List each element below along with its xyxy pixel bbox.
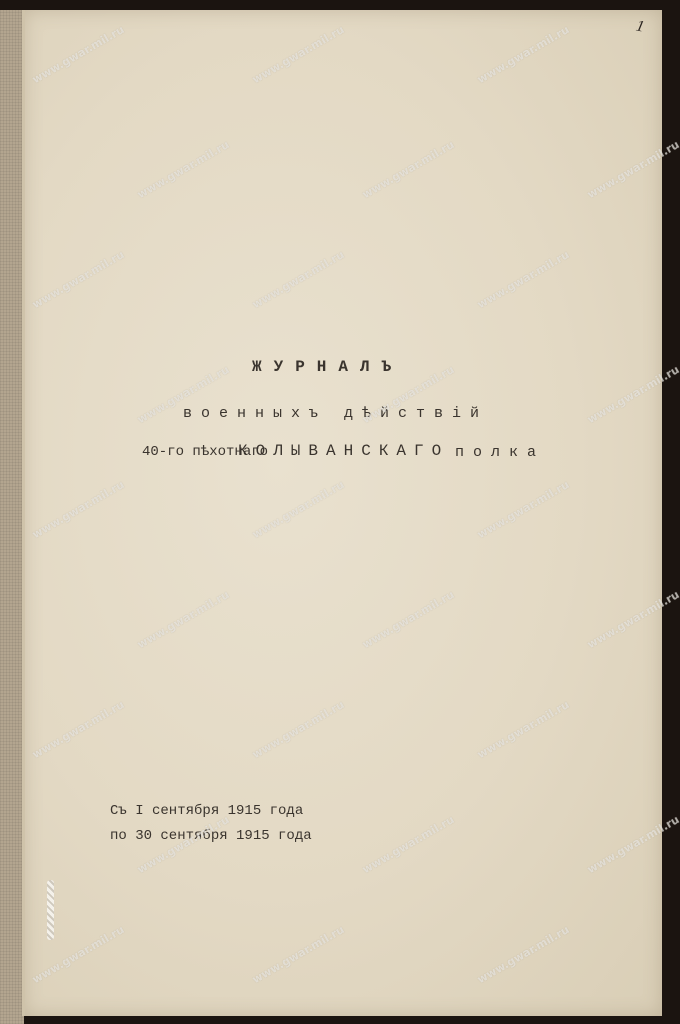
page-edge <box>22 10 25 1016</box>
date-from: Съ I сентября 1915 года <box>110 803 303 819</box>
regiment-word: полка <box>455 444 545 461</box>
regiment-name: КОЛЫВАНСКАГО <box>238 442 449 460</box>
document-page <box>24 10 662 1016</box>
subtitle-word-military: военныхъ <box>183 405 327 422</box>
document-title: ЖУРНАЛЪ <box>252 358 403 376</box>
binding-string <box>47 880 54 940</box>
book-binding-cloth <box>0 10 24 1024</box>
